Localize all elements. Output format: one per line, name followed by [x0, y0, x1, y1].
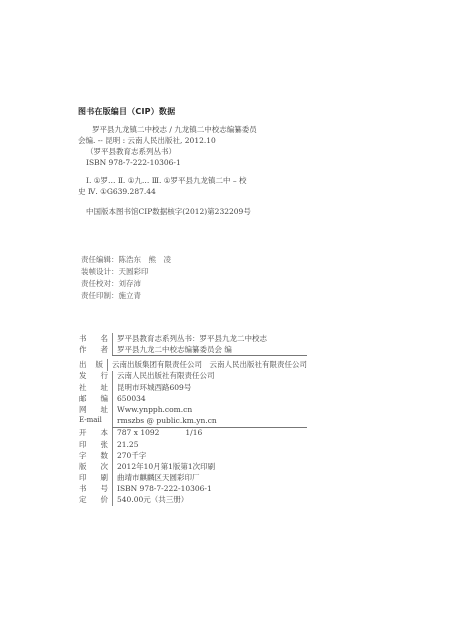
info-value: 昆明市环城西路609号	[112, 382, 191, 393]
copyright-page: 图书在版编目（CIP）数据 罗平县九龙镇二中校志 / 九龙镇二中校志编纂委员 会…	[0, 0, 450, 635]
staff-editor: 责任编辑：陈浩东 熊 凌	[81, 256, 171, 264]
info-label: 开本	[79, 429, 112, 437]
info-label: 社址	[79, 384, 112, 392]
info-value: rmszbs @ public.km.yn.cn	[112, 415, 217, 426]
info-value: 650034	[112, 393, 146, 404]
info-row-edition: 版次 2012年10月第1版第1次印刷	[79, 461, 307, 472]
info-row-postcode: 邮编 650034	[79, 393, 307, 404]
info-row-title: 书名 罗平县教育志系列丛书：罗平县九龙二中校志	[79, 333, 307, 344]
info-label: 书号	[79, 485, 112, 493]
info-row-sheets: 印张 21.25	[79, 439, 307, 450]
staff-proofreader: 责任校对：刘存沛	[81, 280, 141, 288]
info-label: 出版	[79, 361, 107, 369]
info-row-isbn: 书号 ISBN 978-7-222-10306-1	[79, 483, 307, 494]
info-label: 网址	[79, 406, 112, 414]
info-value: ISBN 978-7-222-10306-1	[112, 483, 212, 494]
info-label: 定价	[79, 496, 112, 504]
publication-info-table: 书名 罗平县教育志系列丛书：罗平县九龙二中校志 作者 罗平县九龙二中校志编纂委员…	[79, 333, 307, 506]
info-label: 书名	[79, 335, 112, 343]
cip-classification: Ⅰ. ①罗… Ⅱ. ①九… Ⅲ. ①罗平县九龙镇二中 – 校	[78, 177, 247, 185]
cip-classification-cont: 史 Ⅳ. ①G639.287.44	[78, 188, 156, 196]
info-value: Www.ynpph.com.cn	[112, 404, 192, 415]
info-row-website: 网址 Www.ynpph.com.cn	[79, 404, 307, 415]
info-row-author: 作者 罗平县九龙二中校志编纂委员会 编	[79, 344, 307, 355]
cip-line: 会编. -- 昆明 : 云南人民出版社, 2012.10	[78, 137, 216, 145]
info-row-price: 定价 540.00元（共三册）	[79, 495, 307, 506]
info-label: E-mail	[79, 417, 112, 424]
info-label: 作者	[79, 346, 112, 354]
info-row-address: 社址 昆明市环城西路609号	[79, 382, 307, 393]
info-label: 印张	[79, 441, 112, 449]
info-value: 21.25	[112, 439, 138, 450]
info-value: 罗平县九龙二中校志编纂委员会 编	[112, 344, 232, 355]
cip-title: 图书在版编目（CIP）数据	[78, 108, 175, 116]
cip-line: 罗平县九龙镇二中校志 / 九龙镇二中校志编纂委员	[78, 126, 257, 134]
info-row-printer: 印刷 曲靖市麒麟区天圆彩印厂	[79, 472, 307, 483]
info-label: 邮编	[79, 395, 112, 403]
info-value: 曲靖市麒麟区天圆彩印厂	[112, 472, 200, 483]
info-row-email: E-mail rmszbs @ public.km.yn.cn	[79, 415, 307, 426]
info-row-distributor: 发行 云南人民出版社有限责任公司	[79, 371, 307, 382]
info-value: 540.00元（共三册）	[112, 495, 188, 506]
info-label: 印刷	[79, 474, 112, 482]
info-value: 787 x 10921/16	[112, 428, 202, 439]
cip-line: （罗平县教育志系列丛书）	[78, 148, 176, 156]
info-value: 罗平县教育志系列丛书：罗平县九龙二中校志	[112, 333, 267, 344]
info-row-publisher: 出版 云南出版集团有限责任公司 云南人民出版社有限责任公司	[79, 359, 307, 370]
info-label: 发行	[79, 372, 112, 380]
info-label: 字数	[79, 452, 112, 460]
cip-isbn: ISBN 978-7-222-10306-1	[78, 159, 181, 167]
info-row-format: 开本 787 x 10921/16	[79, 428, 307, 439]
info-value: 云南人民出版社有限责任公司	[112, 371, 215, 382]
info-label: 版次	[79, 463, 112, 471]
staff-printing: 责任印制：施立青	[81, 292, 141, 300]
info-value: 2012年10月第1版第1次印刷	[112, 461, 215, 472]
info-value: 云南出版集团有限责任公司 云南人民出版社有限责任公司	[107, 359, 307, 370]
staff-designer: 装帧设计：天圆彩印	[81, 268, 149, 276]
cip-record-number: 中国版本图书馆CIP数据核字(2012)第232209号	[78, 208, 251, 216]
info-row-word-count: 字数 270千字	[79, 450, 307, 461]
info-value: 270千字	[112, 450, 146, 461]
